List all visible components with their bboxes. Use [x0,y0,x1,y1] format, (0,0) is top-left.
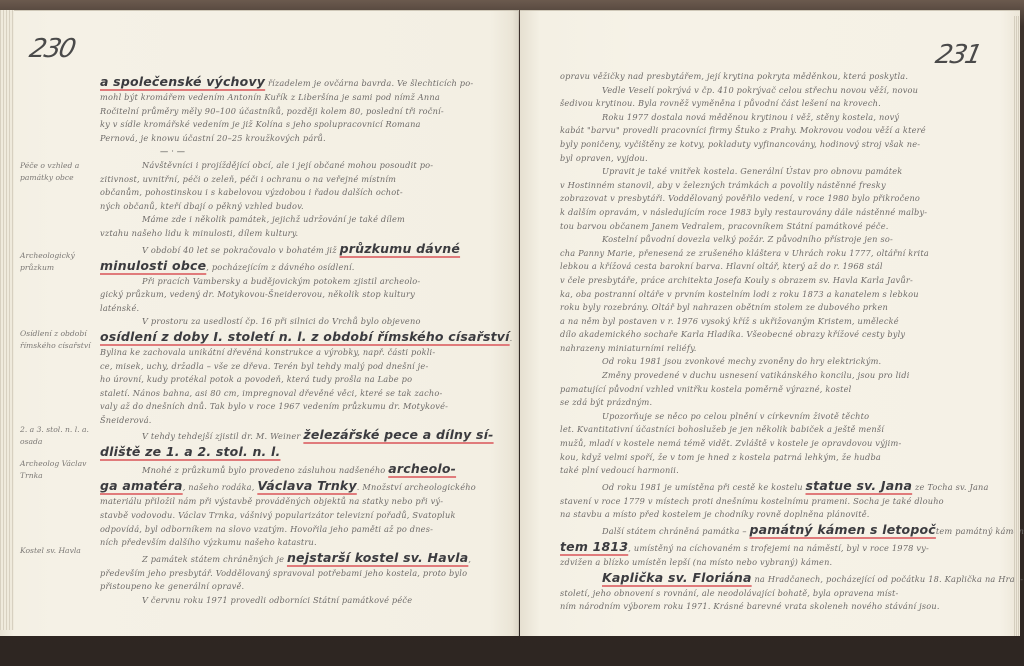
highlighted-phrase: a společenské výchovy [100,74,265,89]
text-line: laténské. [100,302,512,316]
text-line: zitivnost, uvnitřní, péči o zeleň, péči … [100,173,512,187]
highlighted-phrase: osídlení z doby I. století n. l. z obdob… [100,329,510,344]
text-line: osídlení z doby I. století n. l. z obdob… [100,329,512,346]
highlighted-phrase: Václava Trnky [257,478,356,493]
right-page-text: opravu věžičky nad presbytářem, její kry… [560,70,1024,614]
text-line: V období 40 let se pokračovalo v bohatém… [100,241,512,258]
text-line: dílo akademického sochaře Karla Hladíka.… [560,328,1024,342]
text-line: se zdá být prázdným. [560,396,1024,410]
text-line: ka, oba postranní oltáře v prvním kostel… [560,288,1024,302]
text-line: staletí. Nános bahna, asi 80 cm, impregn… [100,387,512,401]
text-line: stavení v roce 1779 v místech proti dneš… [560,495,1024,509]
left-page: 230 Péče o vzhled a památky obceArcheolo… [0,10,519,636]
text-line: vztahu našeho lidu k minulosti, dílem ku… [100,227,512,241]
text-line: Návštěvníci i projíždějící obcí, ale i j… [100,159,512,173]
text-line: dliště ze 1. a 2. stol. n. l. [100,444,512,461]
text-line: pamatující původní vzhled vnitřku kostel… [560,383,1024,397]
open-book: 230 Péče o vzhled a památky obceArcheolo… [0,4,1024,636]
text-line: občanům, pohostinskou i s kabelovou výzd… [100,186,512,200]
highlighted-phrase: archeolo- [388,461,456,476]
text-line: ných občanů, kteří dbají o pěkný vzhled … [100,200,512,214]
text-line: cha Panny Marie, přenesená ze zrušeného … [560,247,1024,261]
text-line: na stavbu a místo před kostelem je chodn… [560,508,1024,522]
highlighted-phrase: minulosti obce [100,258,206,273]
text-line: Mnohé z průzkumů bylo provedeno zásluhou… [100,461,512,478]
text-line: ho úrovní, kudy protékal potok a povodeň… [100,373,512,387]
page-stack-edge-left [0,10,14,630]
left-page-text: a společenské výchovy řízadelem je ovčár… [100,74,512,608]
text-line: ga amatéra, našeho rodáka, Václava Trnky… [100,478,512,495]
text-line: minulosti obce, pocházejícím z dávného o… [100,258,512,275]
margin-note: Kostel sv. Havla [20,545,105,557]
text-line: kabát "barvu" provedli pracovníci firmy … [560,124,1024,138]
highlighted-phrase: nejstarší kostel sv. Havla [287,550,468,565]
text-line: zdvižen a blízko umístěn lepší (na místo… [560,556,1024,570]
text-line: století, jeho obnovení s rovnání, ale ne… [560,587,1024,601]
text-line: Při pracích Vambersky a budějovickým pot… [100,275,512,289]
text-line: valy až do dnešních dnů. Tak bylo v roce… [100,400,512,414]
text-line: — · — [100,145,512,159]
text-line: roku byly rozebrány. Oltář byl nahrazen … [560,301,1024,315]
text-line: opravu věžičky nad presbytářem, její kry… [560,70,1024,84]
text-line: a společenské výchovy řízadelem je ovčár… [100,74,512,91]
highlighted-phrase: Kaplička sv. Floriána [602,570,752,585]
text-line: Vedle Veselí pokrývá v čp. 410 pokrývač … [560,84,1024,98]
text-line: stavbě vodovodu. Václav Trnka, vášnivý p… [100,509,512,523]
text-line: lebkou a křížová cesta barokní barva. Hl… [560,260,1024,274]
highlighted-phrase: železářské pece a dílny sí- [303,427,493,442]
right-page: 231 opravu věžičky nad presbytářem, její… [520,10,1020,636]
text-line: ky v sídle kromářské vedením je již Kolí… [100,118,512,132]
text-line: Upravit je také vnitřek kostela. Generál… [560,165,1024,179]
text-line: odpovídá, byl odborníkem na slovo vzatým… [100,523,512,537]
text-line: šedivou krytinou. Byla rovněž vyměněna i… [560,97,1024,111]
text-line: ce, misek, uchy, držadla – vše ze dřeva.… [100,360,512,374]
highlighted-phrase: dliště ze 1. a 2. stol. n. l. [100,444,280,459]
margin-note: Péče o vzhled a památky obce [20,160,105,184]
text-line: V tehdy tehdejší zjistil dr. M. Weiner ž… [100,427,512,444]
text-line: v Hostinném stanovil, aby v železných tr… [560,179,1024,193]
text-line: v čele presbytáře, práce architekta Jose… [560,274,1024,288]
text-line: především jeho presbytář. Voddělovaný sp… [100,567,512,581]
text-line: V prostoru za usedlostí čp. 16 při silni… [100,315,512,329]
text-line: ních především dalšího výzkumu našeho ka… [100,536,512,550]
text-line: nahrazeny miniaturními reliéfy. [560,342,1024,356]
text-line: gický průzkum, vedený dr. Motykovou-Šnei… [100,288,512,302]
text-line: Šneiderová. [100,414,512,428]
text-line: Ročitelní průměry měly 90–100 účastníků,… [100,105,512,119]
text-line: mohl být kromářem vedením Antonín Kuřík … [100,91,512,105]
highlighted-phrase: ga amatéra [100,478,183,493]
margin-note: Osídlení z období římského císařství [20,328,105,352]
text-line: Kaplička sv. Floriána na Hradčanech, poc… [560,570,1024,587]
text-line: Upozorňuje se něco po celou plnění v cír… [560,410,1024,424]
highlighted-phrase: památný kámen s letopoč [750,522,936,537]
page-number-left: 230 [27,34,77,64]
text-line: také plní vedoucí harmonii. [560,464,1024,478]
text-line: tou barvou občanem Janem Vedralem, praco… [560,220,1024,234]
text-line: Máme zde i několik památek, jejichž udrž… [100,213,512,227]
text-line: zobrazovat v presbytáři. Voddělovaný pov… [560,192,1024,206]
text-line: Kostelní původní dovezla velký požár. Z … [560,233,1024,247]
margin-note: Archeologický průzkum [20,250,105,274]
text-line: materiálu přiložil nám při výstavbě prov… [100,495,512,509]
margin-note: Archeolog Václav Trnka [20,458,105,482]
margin-note: 2. a 3. stol. n. l. a. osada [20,424,105,448]
highlighted-phrase: statue sv. Jana [806,478,913,493]
text-line: Pernová, je knowu účastní 20–25 kroužkov… [100,132,512,146]
text-line: Bylina ke zachovala unikátní dřevěná kon… [100,346,512,360]
text-line: byly poničeny, vyčištěny ze kotvy, pokla… [560,138,1024,152]
text-line: k dalším opravám, v následujícím roce 19… [560,206,1024,220]
text-line: byl opraven, vyjdou. [560,152,1024,166]
text-line: Z památek státem chráněných je nejstarší… [100,550,512,567]
text-line: tem 1813, umístěný na cíchovaném s trofe… [560,539,1024,556]
text-line: a na něm byl postaven v r. 1976 vysoký k… [560,315,1024,329]
text-line: let. Kvantitativní účastníci bohoslužeb … [560,423,1024,437]
highlighted-phrase: tem 1813 [560,539,628,554]
text-line: ním národním výborem roku 1971. Krásné b… [560,600,1024,614]
text-line: Změny provedené v duchu usnesení vatikán… [560,369,1024,383]
text-line: Další státem chráněná památka – památný … [560,522,1024,539]
page-stack-edge-right [1014,16,1020,636]
text-line: přistoupeno ke generální opravě. [100,580,512,594]
text-line: Roku 1977 dostala nová měděnou krytinou … [560,111,1024,125]
text-line: kou, když velmi spoří, že v tom je hned … [560,451,1024,465]
text-line: V červnu roku 1971 provedli odborníci St… [100,594,512,608]
page-number-right: 231 [933,40,983,70]
text-line: Od roku 1981 je umístěna při cestě ke ko… [560,478,1024,495]
text-line: mužů, mladí v kostele nemá témě vidět. Z… [560,437,1024,451]
text-line: Od roku 1981 jsou zvonkové mechy zvoněny… [560,355,1024,369]
highlighted-phrase: průzkumu dávné [340,241,460,256]
